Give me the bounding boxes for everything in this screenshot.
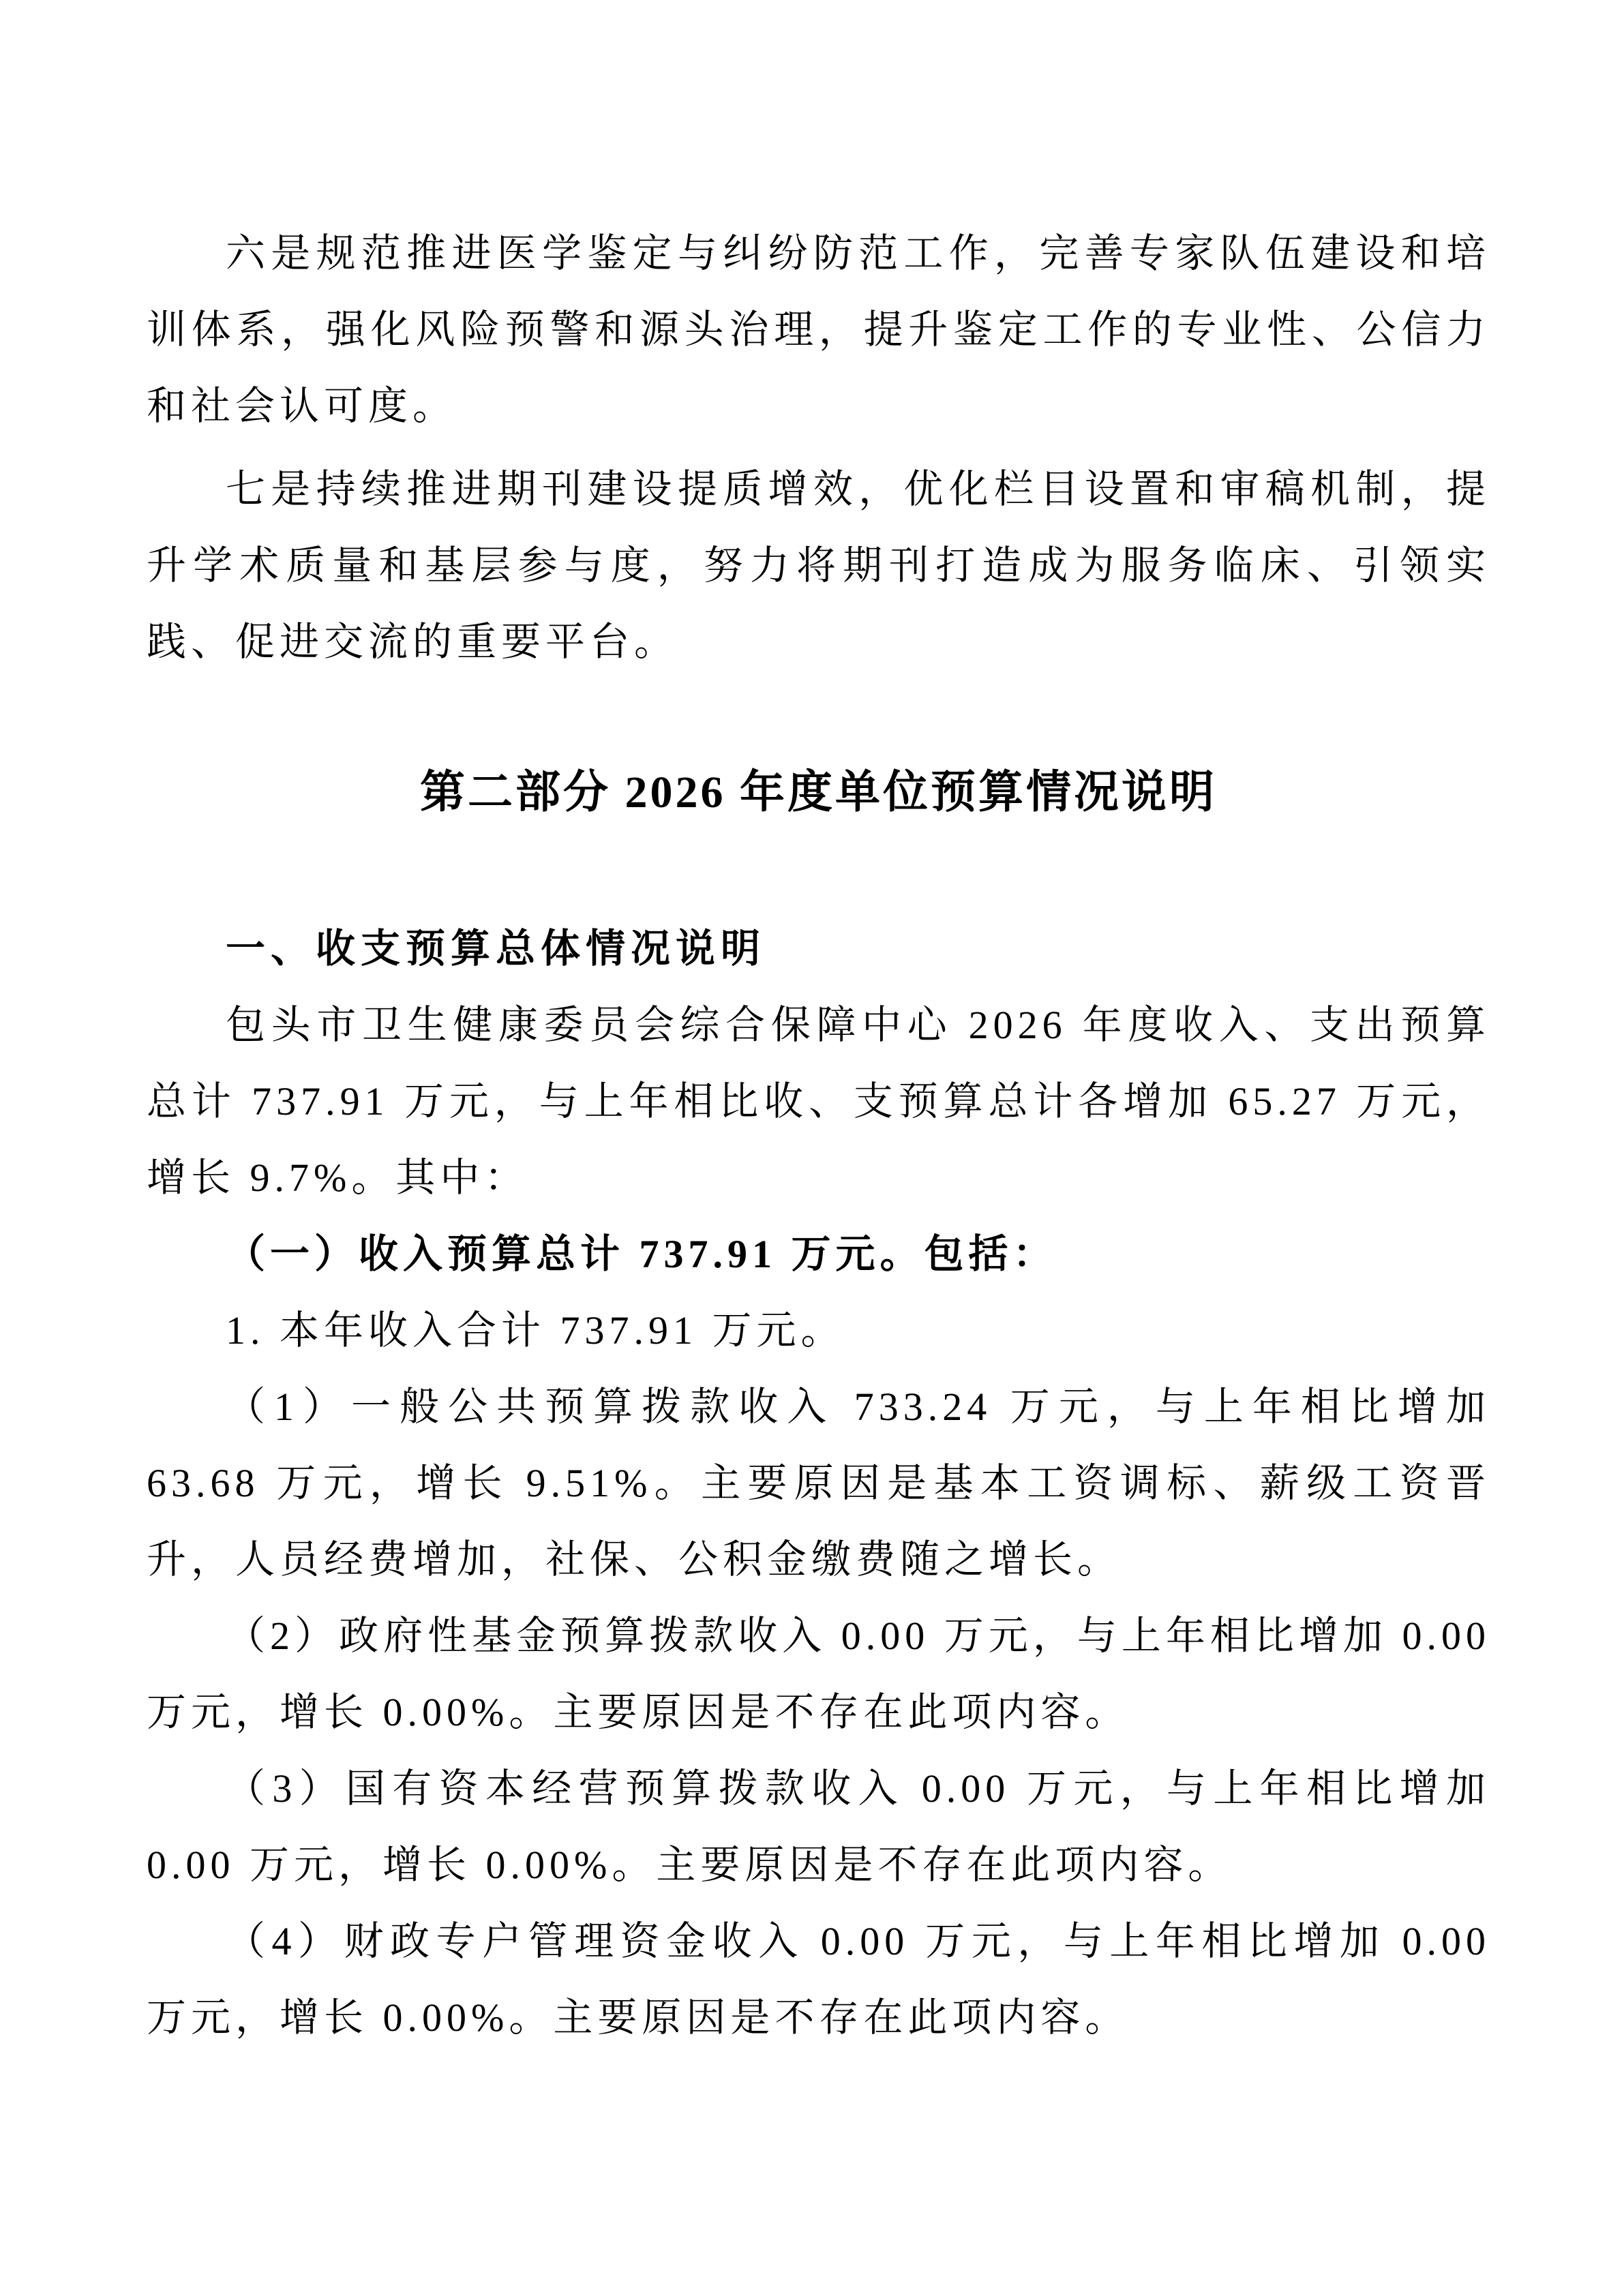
income-budget-subheading: （一）收入预算总计 737.91 万元。包括： <box>147 1216 1490 1293</box>
income-item-general-public-budget: （1）一般公共预算拨款收入 733.24 万元，与上年相比增加 63.68 万元… <box>147 1369 1490 1598</box>
budget-overview-paragraph: 包头市卫生健康委员会综合保障中心 2026 年度收入、支出预算总计 737.91… <box>147 987 1490 1216</box>
section-one-heading: 一、收支预算总体情况说明 <box>147 911 1490 987</box>
income-item-government-fund: （2）政府性基金预算拨款收入 0.00 万元，与上年相比增加 0.00 万元，增… <box>147 1598 1490 1751</box>
income-total-line: 1. 本年收入合计 737.91 万元。 <box>147 1293 1490 1369</box>
paragraph-point-six: 六是规范推进医学鉴定与纠纷防范工作，完善专家队伍建设和培训体系，强化风险预警和源… <box>147 215 1490 444</box>
income-item-state-capital: （3）国有资本经营预算拨款收入 0.00 万元，与上年相比增加 0.00 万元，… <box>147 1751 1490 1903</box>
intro-section: 六是规范推进医学鉴定与纠纷防范工作，完善专家队伍建设和培训体系，强化风险预警和源… <box>147 215 1490 680</box>
paragraph-point-seven: 七是持续推进期刊建设提质增效，优化栏目设置和审稿机制，提升学术质量和基层参与度，… <box>147 451 1490 680</box>
document-page: 六是规范推进医学鉴定与纠纷防范工作，完善专家队伍建设和培训体系，强化风险预警和源… <box>0 0 1624 2296</box>
part-two-title: 第二部分 2026 年度单位预算情况说明 <box>147 749 1490 837</box>
income-item-fiscal-special-account: （4）财政专户管理资金收入 0.00 万元，与上年相比增加 0.00 万元，增长… <box>147 1903 1490 2056</box>
